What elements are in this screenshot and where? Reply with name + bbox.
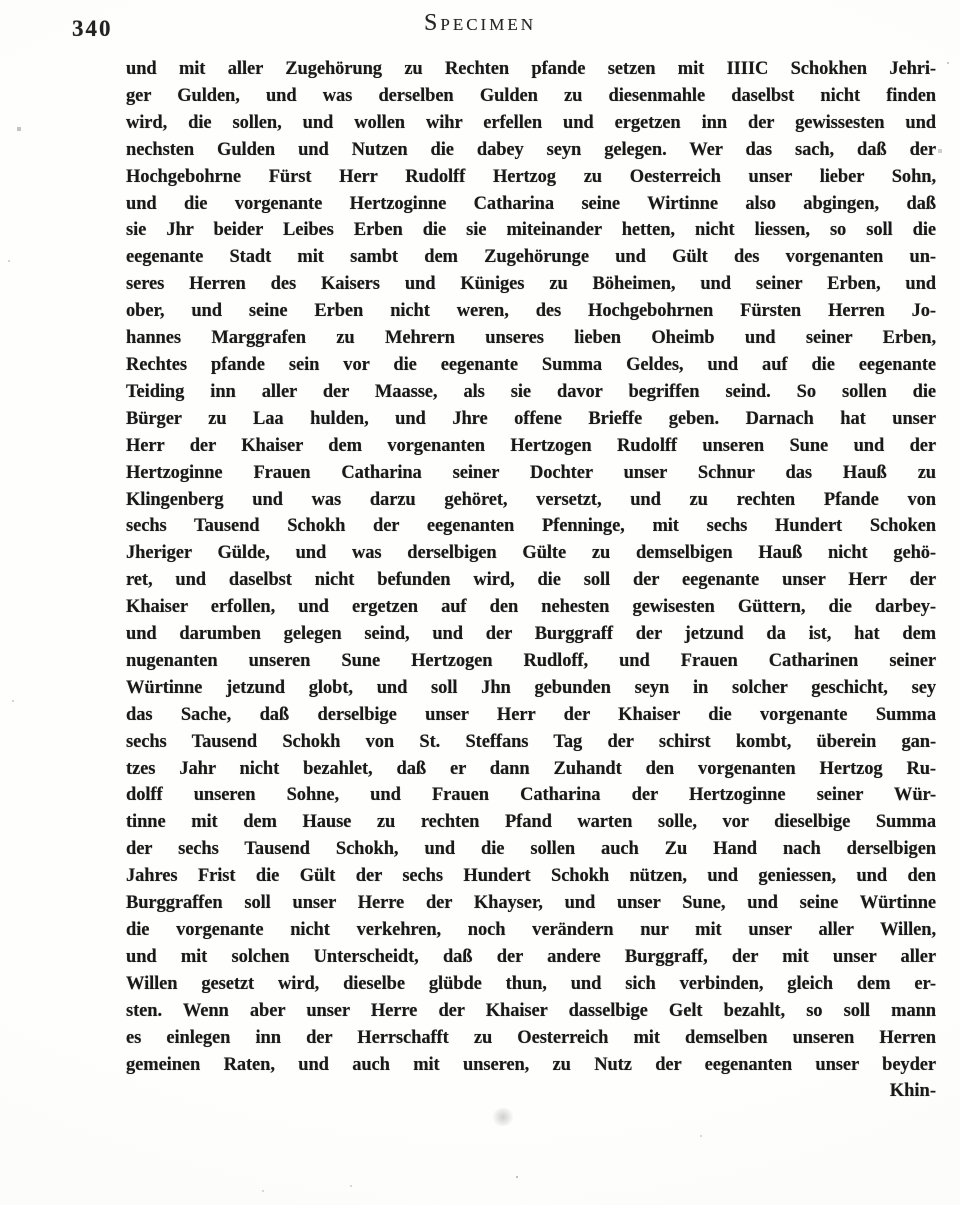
text-line: Willen gesetzt wird, dieselbe glübde thu… bbox=[126, 971, 936, 998]
book-page: 340 Specimen und mit aller Zugehörung zu… bbox=[0, 0, 960, 1205]
text-line: Würtinne jetzund globt, und soll Jhn geb… bbox=[126, 675, 936, 702]
text-line: das Sache, daß derselbige unser Herr der… bbox=[126, 702, 936, 729]
text-line: Herr der Khaiser dem vorgenanten Hertzog… bbox=[126, 433, 936, 460]
text-line: Teiding inn aller der Maasse, als sie da… bbox=[126, 379, 936, 406]
text-line: sie Jhr beider Leibes Erben die sie mite… bbox=[126, 217, 936, 244]
text-line: tinne mit dem Hause zu rechten Pfand war… bbox=[126, 809, 936, 836]
ink-smudge bbox=[492, 1108, 514, 1126]
text-line: nechsten Gulden und Nutzen die dabey sey… bbox=[126, 137, 936, 164]
text-line: der sechs Tausend Schokh, und die sollen… bbox=[126, 836, 936, 863]
text-line: und mit aller Zugehörung zu Rechten pfan… bbox=[126, 56, 936, 83]
text-line: ober, und seine Erben nicht weren, des H… bbox=[126, 298, 936, 325]
text-line: Bürger zu Laa hulden, und Jhre offene Br… bbox=[126, 406, 936, 433]
text-line: Burggraffen soll unser Herre der Khayser… bbox=[126, 890, 936, 917]
text-line: Khaiser erfollen, und ergetzen auf den n… bbox=[126, 594, 936, 621]
text-line: nugenanten unseren Sune Hertzogen Rudlof… bbox=[126, 648, 936, 675]
text-line: seres Herren des Kaisers und Küniges zu … bbox=[126, 271, 936, 298]
text-line: Jahres Frist die Gült der sechs Hundert … bbox=[126, 863, 936, 890]
text-line: hannes Marggrafen zu Mehrern unseres lie… bbox=[126, 325, 936, 352]
text-line: sechs Tausend Schokh der eegenanten Pfen… bbox=[126, 513, 936, 540]
text-line: wird, die sollen, und wollen wihr erfell… bbox=[126, 110, 936, 137]
text-line: tzes Jahr nicht bezahlet, daß er dann Zu… bbox=[126, 756, 936, 783]
text-line: Jheriger Gülde, und was derselbigen Gült… bbox=[126, 540, 936, 567]
catchword: Khin- bbox=[126, 1078, 936, 1105]
text-line: und darumben gelegen seind, und der Burg… bbox=[126, 621, 936, 648]
text-line: ger Gulden, und was derselben Gulden zu … bbox=[126, 83, 936, 110]
text-line: Hochgebohrne Fürst Herr Rudolff Hertzog … bbox=[126, 164, 936, 191]
text-line: und mit solchen Unterscheidt, daß der an… bbox=[126, 944, 936, 971]
text-line: eegenante Stadt mit sambt dem Zugehörung… bbox=[126, 244, 936, 271]
paper-specks bbox=[0, 0, 2, 2]
text-line: Hertzoginne Frauen Catharina seiner Doch… bbox=[126, 460, 936, 487]
text-line: ret, und daselbst nicht befunden wird, d… bbox=[126, 567, 936, 594]
text-line: Rechtes pfande sein vor die eegenante Su… bbox=[126, 352, 936, 379]
text-line: und die vorgenante Hertzoginne Catharina… bbox=[126, 191, 936, 218]
text-line: es einlegen inn der Herrschafft zu Oeste… bbox=[126, 1025, 936, 1052]
page-header-title: Specimen bbox=[0, 10, 960, 37]
text-line: sechs Tausend Schokh von St. Steffans Ta… bbox=[126, 729, 936, 756]
text-line: die vorgenante nicht verkehren, noch ver… bbox=[126, 917, 936, 944]
body-text: und mit aller Zugehörung zu Rechten pfan… bbox=[126, 56, 936, 1078]
text-line: sten. Wenn aber unser Herre der Khaiser … bbox=[126, 998, 936, 1025]
text-line: gemeinen Raten, und auch mit unseren, zu… bbox=[126, 1052, 936, 1079]
text-line: dolff unseren Sohne, und Frauen Catharin… bbox=[126, 782, 936, 809]
text-line: Klingenberg und was darzu gehöret, verse… bbox=[126, 487, 936, 514]
